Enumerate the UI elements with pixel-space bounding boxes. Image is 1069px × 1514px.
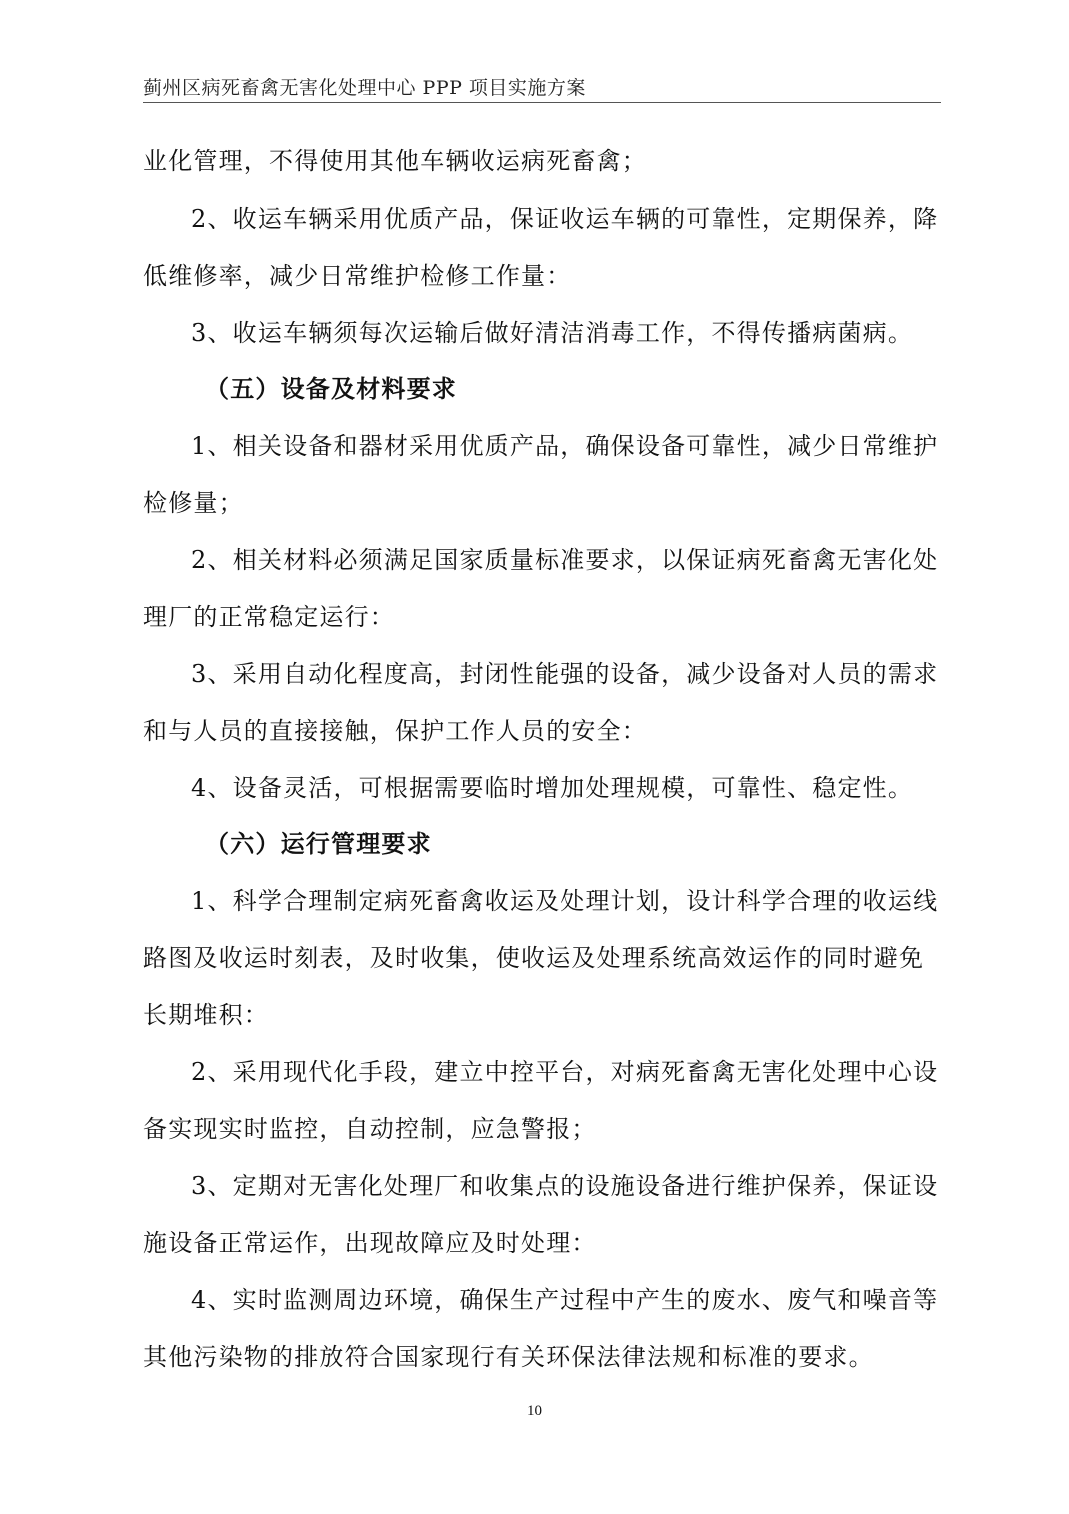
paragraph-line: 和与人员的直接接触，保护工作人员的安全：: [143, 715, 943, 747]
list-item-line: 1、相关设备和器材采用优质产品，确保设备可靠性，减少日常维护: [191, 430, 991, 462]
paragraph-line: 低维修率，减少日常维护检修工作量：: [143, 260, 943, 292]
paragraph-line: 长期堆积：: [143, 999, 943, 1031]
list-item-line: 3、定期对无害化处理厂和收集点的设施设备进行维护保养，保证设: [191, 1170, 991, 1202]
list-item-line: 4、实时监测周边环境，确保生产过程中产生的废水、废气和噪音等: [191, 1284, 991, 1316]
list-item-line: 1、科学合理制定病死畜禽收运及处理计划，设计科学合理的收运线: [191, 885, 991, 917]
paragraph-line: 备实现实时监控，自动控制，应急警报；: [143, 1113, 943, 1145]
list-item-line: 2、采用现代化手段，建立中控平台，对病死畜禽无害化处理中心设: [191, 1056, 991, 1088]
paragraph-line: 路图及收运时刻表，及时收集，使收运及处理系统高效运作的同时避免: [143, 942, 943, 974]
list-item-line: 2、相关材料必须满足国家质量标准要求，以保证病死畜禽无害化处: [191, 544, 991, 576]
list-item-line: 2、收运车辆采用优质产品，保证收运车辆的可靠性，定期保养，降: [191, 203, 991, 235]
paragraph-line: 其他污染物的排放符合国家现行有关环保法律法规和标准的要求。: [143, 1341, 943, 1373]
paragraph-line: 施设备正常运作，出现故障应及时处理：: [143, 1227, 943, 1259]
list-item-line: 3、收运车辆须每次运输后做好清洁消毒工作，不得传播病菌病。: [191, 317, 991, 349]
section-heading: （五）设备及材料要求: [205, 373, 1005, 405]
list-item-line: 4、设备灵活，可根据需要临时增加处理规模，可靠性、稳定性。: [191, 772, 991, 804]
list-item-line: 3、采用自动化程度高，封闭性能强的设备，减少设备对人员的需求: [191, 658, 991, 690]
running-header: 蓟州区病死畜禽无害化处理中心 PPP 项目实施方案: [143, 76, 941, 103]
paragraph-line: 检修量；: [143, 487, 943, 519]
section-heading: （六）运行管理要求: [205, 828, 1005, 860]
paragraph-line: 业化管理，不得使用其他车辆收运病死畜禽；: [143, 145, 943, 177]
page-number: 10: [0, 1403, 1069, 1420]
paragraph-line: 理厂的正常稳定运行：: [143, 601, 943, 633]
